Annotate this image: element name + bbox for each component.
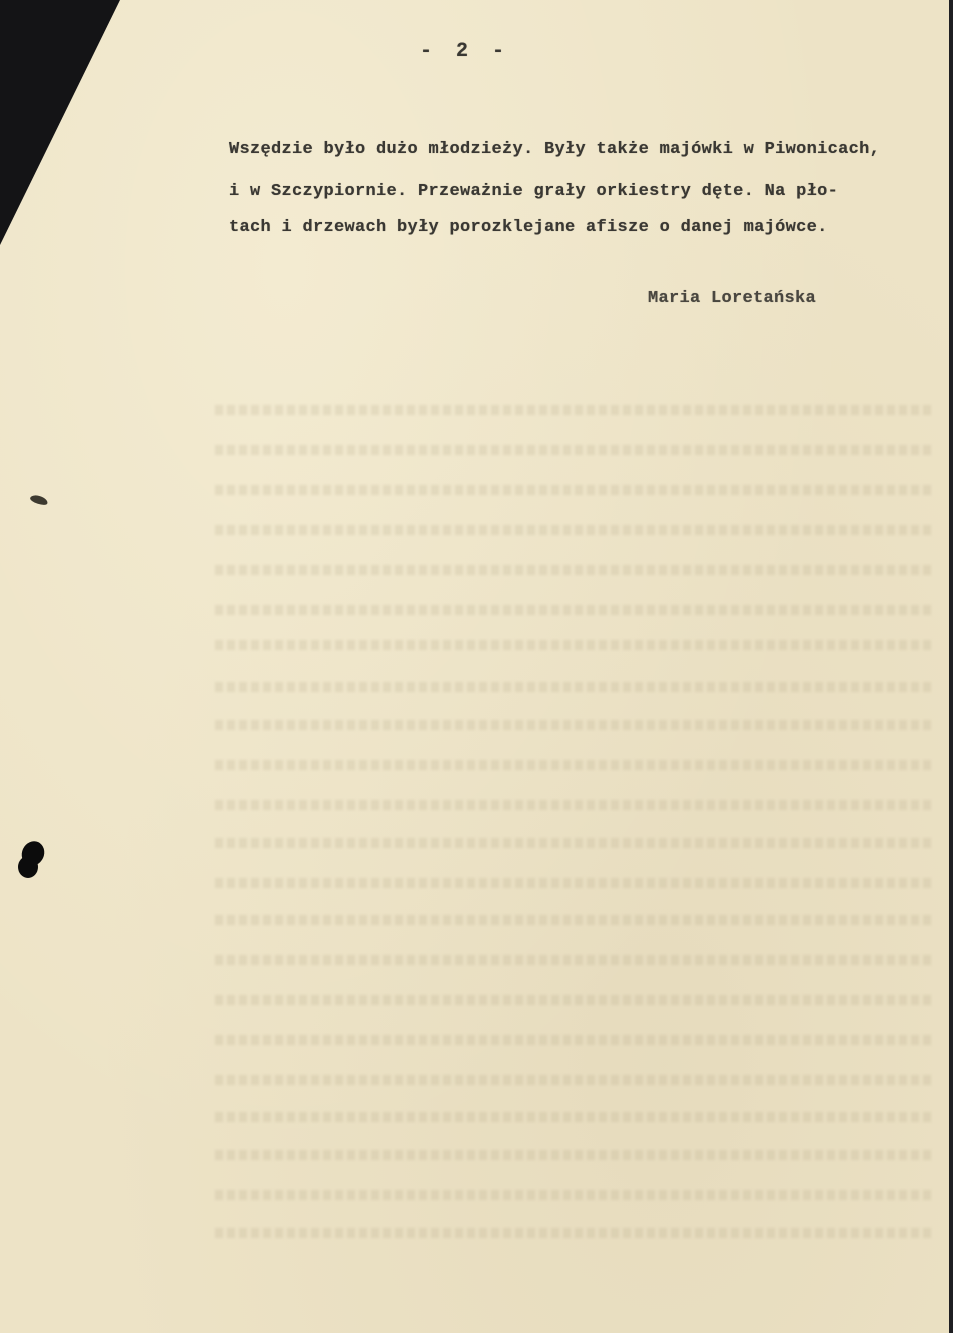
bleed-through-line	[215, 955, 935, 965]
bleed-through-line	[215, 760, 935, 770]
scan-edge	[949, 0, 953, 1333]
bleed-through-line	[215, 800, 935, 810]
bleed-through-line	[215, 1190, 935, 1200]
binding-mark	[29, 493, 49, 506]
folded-corner-shadow	[0, 0, 125, 250]
bleed-through-line	[215, 525, 935, 535]
author-signature: Maria Loretańska	[648, 289, 816, 308]
bleed-through-line	[215, 838, 935, 848]
bleed-through-line	[215, 565, 935, 575]
bleed-through-line	[215, 995, 935, 1005]
paragraph-line-1: Wszędzie było dużo młodzieży. Były także…	[229, 140, 880, 159]
bleed-through-line	[215, 605, 935, 615]
bleed-through-line	[215, 640, 935, 650]
bleed-through-line	[215, 915, 935, 925]
bleed-through-line	[215, 1228, 935, 1238]
page-number: - 2 -	[420, 40, 510, 63]
bleed-through-line	[215, 445, 935, 455]
paragraph-line-2: i w Szczypiornie. Przeważnie grały orkie…	[229, 182, 838, 201]
bleed-through-line	[215, 485, 935, 495]
bleed-through-line	[215, 1035, 935, 1045]
punch-hole	[18, 856, 38, 878]
bleed-through-line	[215, 682, 935, 692]
document-page: - 2 - Wszędzie było dużo młodzieży. Były…	[0, 0, 949, 1333]
bleed-through-line	[215, 720, 935, 730]
bleed-through-line	[215, 1112, 935, 1122]
bleed-through-line	[215, 405, 935, 415]
bleed-through-line	[215, 1075, 935, 1085]
bleed-through-line	[215, 1150, 935, 1160]
paragraph-line-3: tach i drzewach były porozklejane afisze…	[229, 218, 828, 237]
bleed-through-line	[215, 878, 935, 888]
